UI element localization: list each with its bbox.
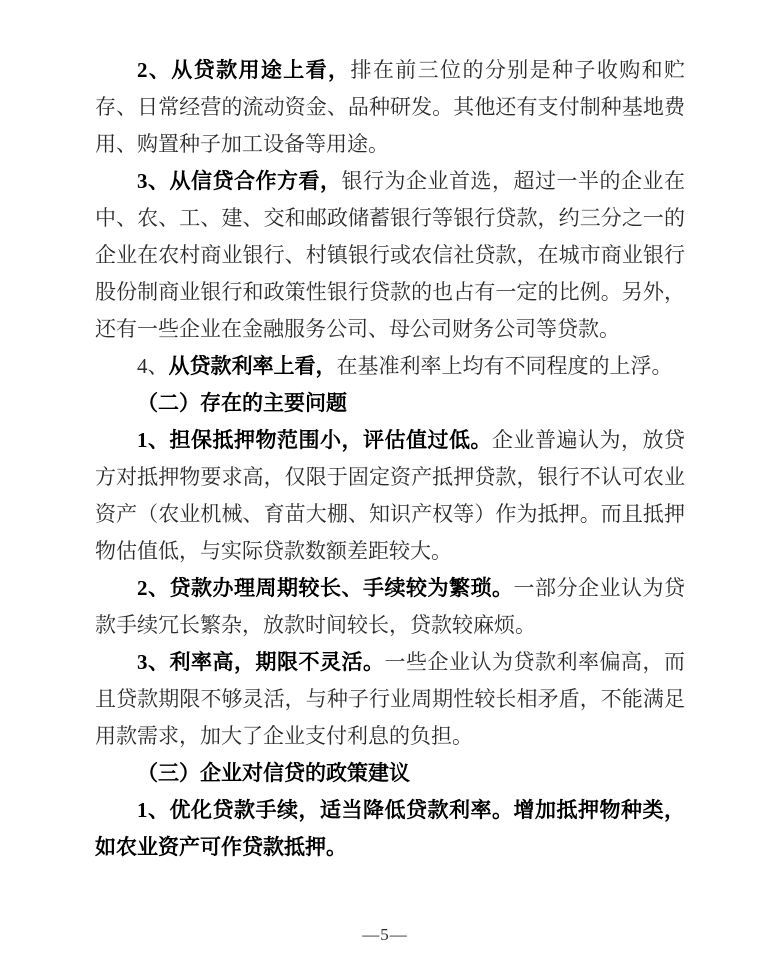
paragraph-lead-bold: 3、利率高，期限不灵活。 [137,650,385,674]
heading-section-2-main-problems: （二）存在的主要问题 [95,385,685,422]
paragraph-lead-bold: 2、贷款办理周期较长、手续较为繁琐。 [137,576,514,600]
para-problem-2-procedure: 2、贷款办理周期较长、手续较为繁琐。一部分企业认为贷款手续冗长繁杂，放款时间较长… [95,570,685,644]
paragraph-lead-bold: 从贷款利率上看， [169,354,337,378]
page-number: —5— [0,925,770,945]
para-loan-rate: 4、从贷款利率上看，在基准利率上均有不同程度的上浮。 [95,348,685,385]
para-problem-3-interest: 3、利率高，期限不灵活。一些企业认为贷款利率偏高，而且贷款期限不够灵活，与种子行… [95,644,685,755]
paragraph-text: 在基准利率上均有不同程度的上浮。 [337,354,673,378]
para-problem-1-collateral: 1、担保抵押物范围小，评估值过低。企业普遍认为，放贷方对抵押物要求高，仅限于固定… [95,422,685,570]
document-page: 2、从贷款用途上看，排在前三位的分别是种子收购和贮存、日常经营的流动资金、品种研… [0,0,770,959]
para-credit-partners: 3、从信贷合作方看，银行为企业首选，超过一半的企业在中、农、工、建、交和邮政储蓄… [95,163,685,348]
para-suggestion-1: 1、优化贷款手续，适当降低贷款利率。增加抵押物种类，如农业资产可作贷款抵押。 [95,792,685,866]
paragraph-lead-bold: 1、担保抵押物范围小，评估值过低。 [137,428,492,452]
paragraph-lead-bold: 1、优化贷款手续，适当降低贷款利率。增加抵押物种类，如农业资产可作贷款抵押。 [95,798,685,859]
document-body: 2、从贷款用途上看，排在前三位的分别是种子收购和贮存、日常经营的流动资金、品种研… [95,52,685,866]
heading-section-3-policy-suggestions: （三）企业对信贷的政策建议 [95,755,685,792]
paragraph-lead-bold: 2、从贷款用途上看， [137,58,350,82]
paragraph-lead-bold: 3、从信贷合作方看， [137,169,342,193]
paragraph-text: 银行为企业首选，超过一半的企业在中、农、工、建、交和邮政储蓄银行等银行贷款，约三… [95,169,685,341]
para-loan-purpose: 2、从贷款用途上看，排在前三位的分别是种子收购和贮存、日常经营的流动资金、品种研… [95,52,685,163]
paragraph-lead-bold: （三）企业对信贷的政策建议 [137,761,410,785]
paragraph-text: 4、 [137,354,169,378]
paragraph-lead-bold: （二）存在的主要问题 [137,391,347,415]
